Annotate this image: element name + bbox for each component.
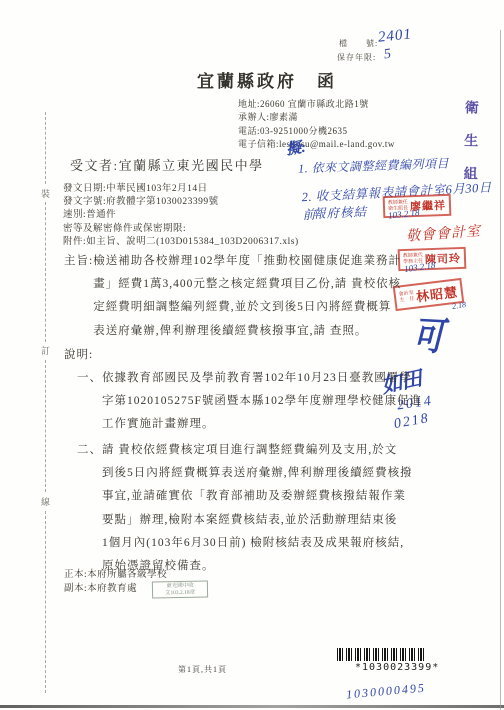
item-text: 請 貴校依經費核定項目進行調整經費編列及支用,於文 到後5日內將經費概算表送府彙… [102, 439, 413, 578]
retention-label: 保存年限: [337, 52, 376, 63]
file-number-handwritten: 2401 [377, 26, 413, 46]
approval-mark-handwritten: 可 [412, 304, 446, 362]
red-note-accounting: 敬會會計室 [405, 220, 481, 245]
scanned-official-letter: 檔 號: 2401 保存年限: 5 宜蘭縣政府 函 地址:26060 宜蘭市縣政… [0, 0, 504, 710]
copy-original-line: 正本:本府所屬各級學校 [64, 569, 167, 583]
meta-block: 發文日期:中華民國103年2月14日 發文字號:府教體字第1030023399號… [63, 183, 299, 249]
explanation-item-2: 二、 請 貴校依經費核定項目進行調整經費編列及支用,於文 到後5日內將經費概算表… [77, 439, 413, 578]
contact-block: 地址:26060 宜蘭市縣政北路1號 承辦人:廖素滿 電話:03-9251000… [238, 98, 395, 152]
explanation-label: 說明: [64, 346, 93, 362]
barcode [337, 648, 427, 661]
stamp-date-handwritten: 103.2.18 [388, 207, 420, 220]
stamp-date-handwritten: 2.18 [451, 300, 466, 311]
contact-person: 承辦人:廖素滿 [238, 111, 395, 124]
handwritten-note-1: 1. 依來文調整經費編列項目 [298, 154, 450, 176]
speed-class: 速別:普通件 [63, 209, 299, 222]
subject-block: 主旨: 檢送補助各校辦理102學年度「推動校園健康促進業務計 畫」經費1萬3,4… [64, 250, 401, 343]
binding-dash-line [45, 202, 46, 342]
issue-date: 發文日期:中華民國103年2月14日 [63, 183, 299, 196]
subject-label: 主旨: [64, 250, 93, 343]
binding-mark-zhuang: 裝 [41, 187, 50, 200]
binding-mark-xian: 線 [41, 495, 50, 508]
attachment-line: 附件:如主旨、說明二(103D015384_103D2006317.xls) [63, 236, 299, 249]
receive-stamp: 東光國中收 文103.2.18章 [152, 581, 208, 599]
binding-dash-line [45, 511, 46, 693]
item-number: 一、 [77, 367, 102, 437]
contact-phone: 電話:03-9251000分機2635 [238, 125, 395, 138]
explanation-item-1: 一、 依據教育部國民及學前教育署102年10月23日臺教國署學 字第102010… [77, 367, 422, 437]
barcode-text: *1030023399* [355, 662, 439, 673]
recipient-line: 受文者:宜蘭縣立東光國民中學 [70, 155, 264, 174]
secrecy-line: 密等及解密條件或保密期限: [63, 223, 299, 236]
binding-dash-line [45, 360, 46, 492]
contact-email: 電子信箱:lesliesu@mail.e-land.gov.tw [238, 138, 395, 151]
draft-label-handwritten: 擬: [284, 136, 307, 160]
handwritten-register-number: 1030000495 [345, 681, 426, 703]
scan-edge-right [500, 30, 501, 710]
handwritten-note-2-cont: 報府核結 [313, 202, 368, 222]
issue-number: 發文字號:府教體字第1030023399號 [63, 196, 299, 209]
page-number: 第1頁,共1頁 [178, 664, 227, 675]
item-text: 依據教育部國民及學前教育署102年10月23日臺教國署學 字第102010527… [102, 367, 422, 437]
contact-address: 地址:26060 宜蘭市縣政北路1號 [238, 98, 395, 111]
binding-dash-line [45, 112, 46, 184]
document-title: 宜蘭縣政府 函 [197, 67, 337, 92]
binding-mark-ding: 訂 [41, 344, 50, 357]
scan-edge-bottom [0, 705, 504, 708]
file-number-label: 檔 號: [339, 38, 378, 49]
subject-text: 檢送補助各校辦理102學年度「推動校園健康促進業務計 畫」經費1萬3,400元整… [93, 250, 401, 343]
retention-handwritten: 5 [383, 47, 392, 64]
item-number: 二、 [77, 439, 102, 578]
